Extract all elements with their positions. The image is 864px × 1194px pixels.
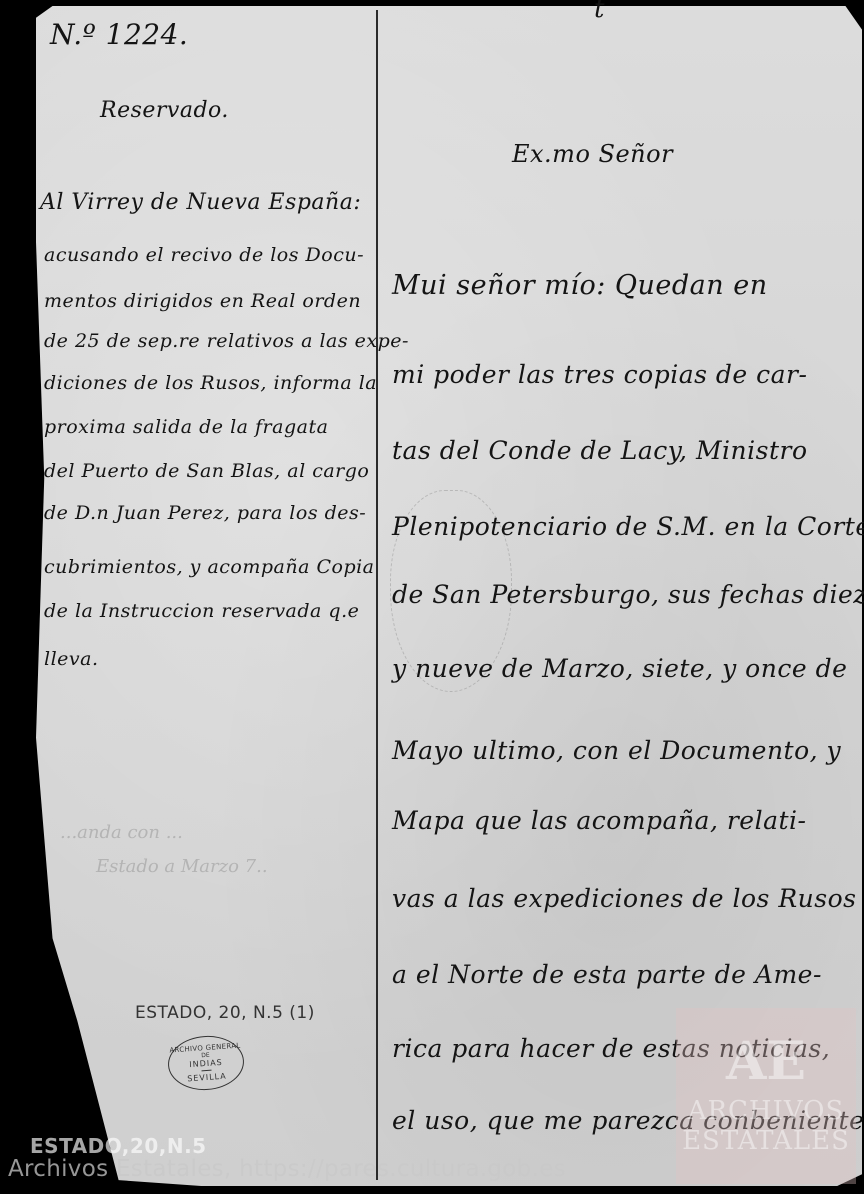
left-line: acusando el recivo de los Docu- [44, 244, 364, 266]
ae-logo-icon: AE [726, 1036, 806, 1088]
salutation: Ex.mo Señor [512, 140, 673, 168]
letter-line: vas a las expediciones de los Rusos [392, 884, 856, 913]
letter-line: mi poder las tres copias de car- [392, 360, 807, 389]
stamp-divider [202, 1070, 212, 1072]
column-divider [376, 10, 378, 1180]
left-line: de D.n Juan Perez, para los des- [44, 502, 366, 524]
letter-line: Mapa que las acompaña, relati- [392, 806, 807, 835]
document-number: N.º 1224. [50, 18, 188, 51]
left-line: Al Virrey de Nueva España: [40, 190, 361, 215]
left-line: de 25 de sep.re relativos a las expe- [44, 330, 409, 352]
left-line: mentos dirigidos en Real orden [44, 290, 361, 312]
stamp-line: SEVILLA [187, 1072, 227, 1084]
letter-line: y nueve de Marzo, siete, y once de [392, 654, 847, 683]
logo-text: ESTATALES [682, 1126, 850, 1156]
letter-line: de San Petersburgo, sus fechas diez [392, 580, 864, 609]
letter-line: Mui señor mío: Quedan en [392, 270, 768, 301]
left-line: diciones de los Rusos, informa la [44, 372, 377, 394]
logo-text: ARCHIVOS [688, 1096, 845, 1126]
letter-line: tas del Conde de Lacy, Ministro [392, 436, 808, 465]
catalog-reference: ESTADO, 20, N.5 (1) [135, 1003, 315, 1023]
watermark-credit: Archivos Estatales, https://pares.cultur… [8, 1156, 566, 1182]
stamp-line: INDIAS [189, 1058, 223, 1069]
letter-line: a el Norte de esta parte de Ame- [392, 960, 822, 989]
left-line: de la Instruccion reservada q.e [44, 600, 359, 622]
reserved-label: Reservado. [100, 98, 229, 123]
left-line: del Puerto de San Blas, al cargo [44, 460, 369, 482]
letter-line: Mayo ultimo, con el Documento, y [392, 736, 841, 765]
watermark-reference: ESTADO,20,N.5 [30, 1134, 207, 1158]
archivos-estatales-logo-watermark: AE ARCHIVOS ESTATALES [676, 1008, 856, 1184]
faint-note: ...anda con ... [60, 822, 183, 843]
left-line: lleva. [44, 648, 99, 670]
corner-mark: t [594, 0, 605, 24]
faint-note: Estado a Marzo 7.. [96, 856, 268, 877]
letter-line: Plenipotenciario de S.M. en la Corte [392, 512, 864, 541]
left-line: cubrimientos, y acompaña Copia [44, 556, 375, 578]
left-line: proxima salida de la fragata [44, 416, 328, 438]
